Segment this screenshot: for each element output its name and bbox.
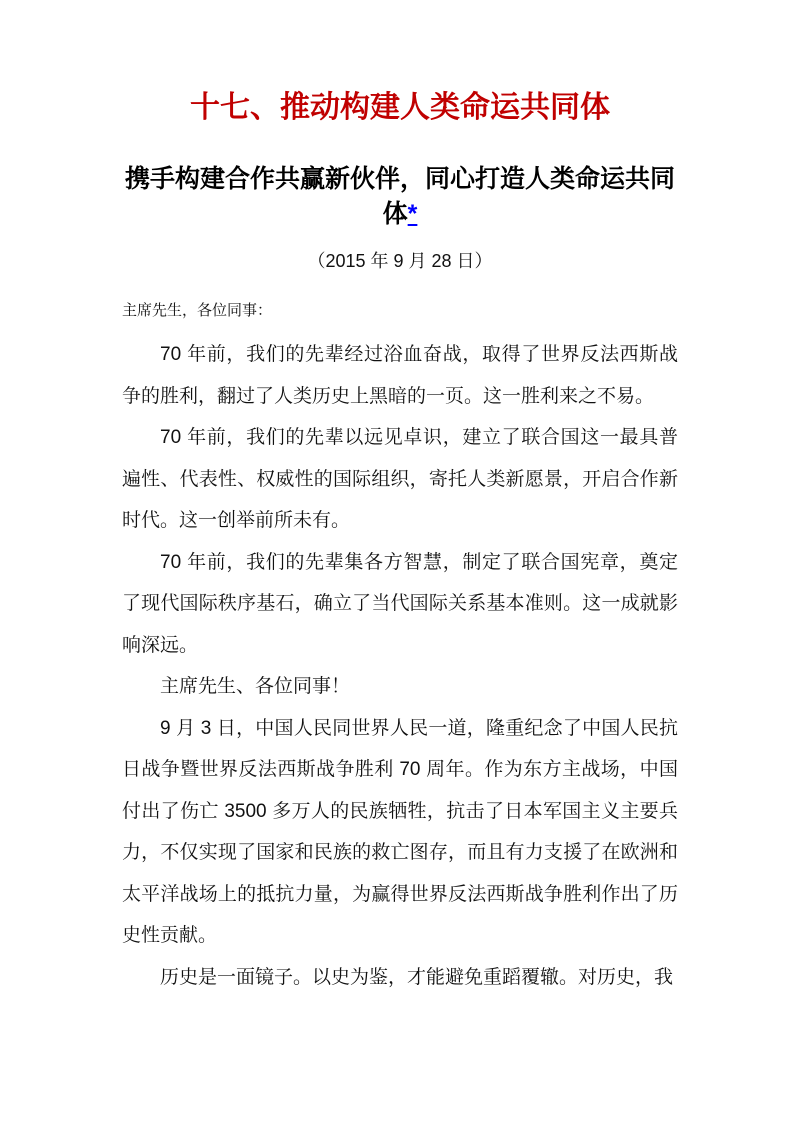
speech-title: 携手构建合作共赢新伙伴，同心打造人类命运共同体* — [122, 162, 678, 232]
body-paragraph-truncated: 历史是一面镜子。以史为鉴，才能避免重蹈覆辙。对历史，我 — [122, 957, 678, 999]
speech-date: （2015 年 9 月 28 日） — [122, 248, 678, 274]
body-paragraph: 9 月 3 日，中国人民同世界人民一道，隆重纪念了中国人民抗日战争暨世界反法西斯… — [122, 708, 678, 957]
speech-body: 70 年前，我们的先辈经过浴血奋战，取得了世界反法西斯战争的胜利，翻过了人类历史… — [122, 334, 678, 998]
document-page: 十七、推动构建人类命运共同体 携手构建合作共赢新伙伴，同心打造人类命运共同体* … — [0, 0, 800, 1130]
body-paragraph: 70 年前，我们的先辈经过浴血奋战，取得了世界反法西斯战争的胜利，翻过了人类历史… — [122, 334, 678, 417]
footnote-link[interactable]: * — [408, 200, 418, 228]
document-content: 十七、推动构建人类命运共同体 携手构建合作共赢新伙伴，同心打造人类命运共同体* … — [0, 0, 800, 998]
chapter-title: 十七、推动构建人类命运共同体 — [122, 88, 678, 128]
salutation-line: 主席先生，各位同事： — [122, 300, 678, 322]
body-paragraph-salutation: 主席先生、各位同事！ — [122, 666, 678, 708]
body-paragraph: 70 年前，我们的先辈集各方智慧，制定了联合国宪章，奠定了现代国际秩序基石，确立… — [122, 542, 678, 667]
body-paragraph: 70 年前，我们的先辈以远见卓识，建立了联合国这一最具普遍性、代表性、权威性的国… — [122, 417, 678, 542]
speech-title-text: 携手构建合作共赢新伙伴，同心打造人类命运共同体 — [125, 165, 675, 228]
